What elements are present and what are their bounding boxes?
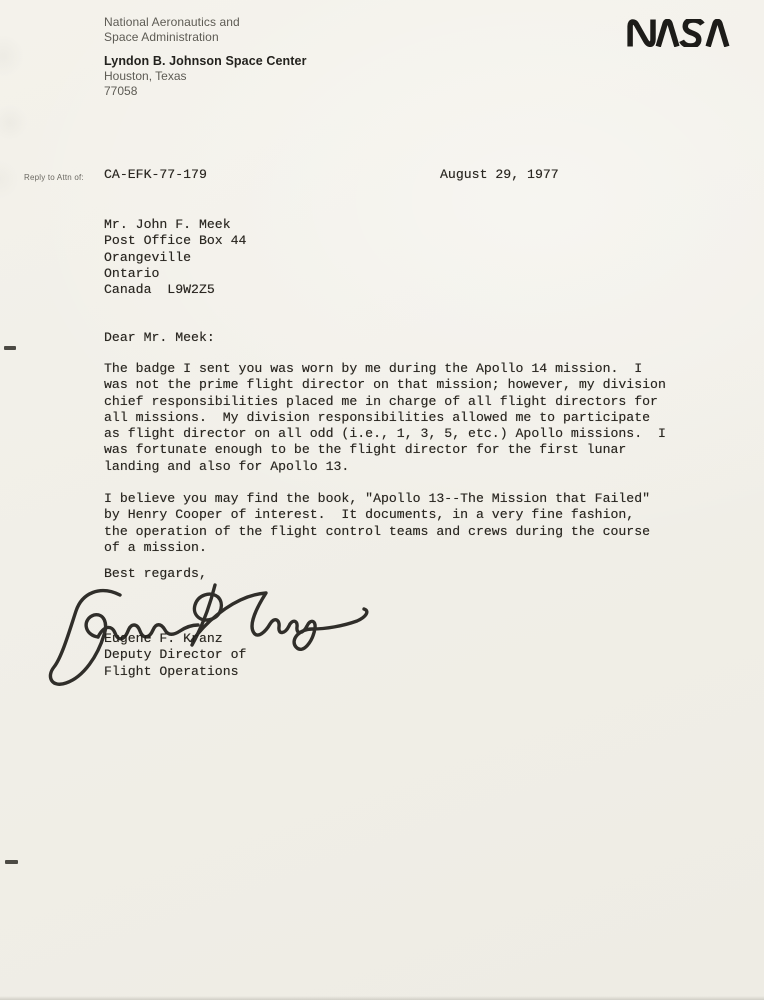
- agency-name: National Aeronautics and Space Administr…: [104, 15, 240, 44]
- center-zip: 77058: [104, 84, 137, 98]
- fold-mark-bottom: [5, 860, 18, 864]
- salutation: Dear Mr. Meek:: [104, 330, 215, 346]
- letter-date: August 29, 1977: [440, 167, 559, 182]
- center-name: Lyndon B. Johnson Space Center: [104, 54, 307, 68]
- nasa-worm-logo-icon: [627, 19, 731, 47]
- body-paragraph-2: I believe you may find the book, "Apollo…: [104, 491, 650, 556]
- center-city: Houston, Texas: [104, 69, 187, 83]
- scan-bottom-edge: [0, 996, 764, 1000]
- signature-handwriting: [42, 583, 382, 695]
- fold-mark-top: [4, 346, 16, 350]
- body-paragraph-1: The badge I sent you was worn by me duri…: [104, 361, 666, 475]
- reply-to-attn-label: Reply to Attn of:: [24, 173, 84, 182]
- closing: Best regards,: [104, 566, 207, 582]
- reference-code: CA-EFK-77-179: [104, 167, 207, 182]
- recipient-address: Mr. John F. Meek Post Office Box 44 Oran…: [104, 217, 246, 298]
- letter-page: National Aeronautics and Space Administr…: [0, 0, 764, 1000]
